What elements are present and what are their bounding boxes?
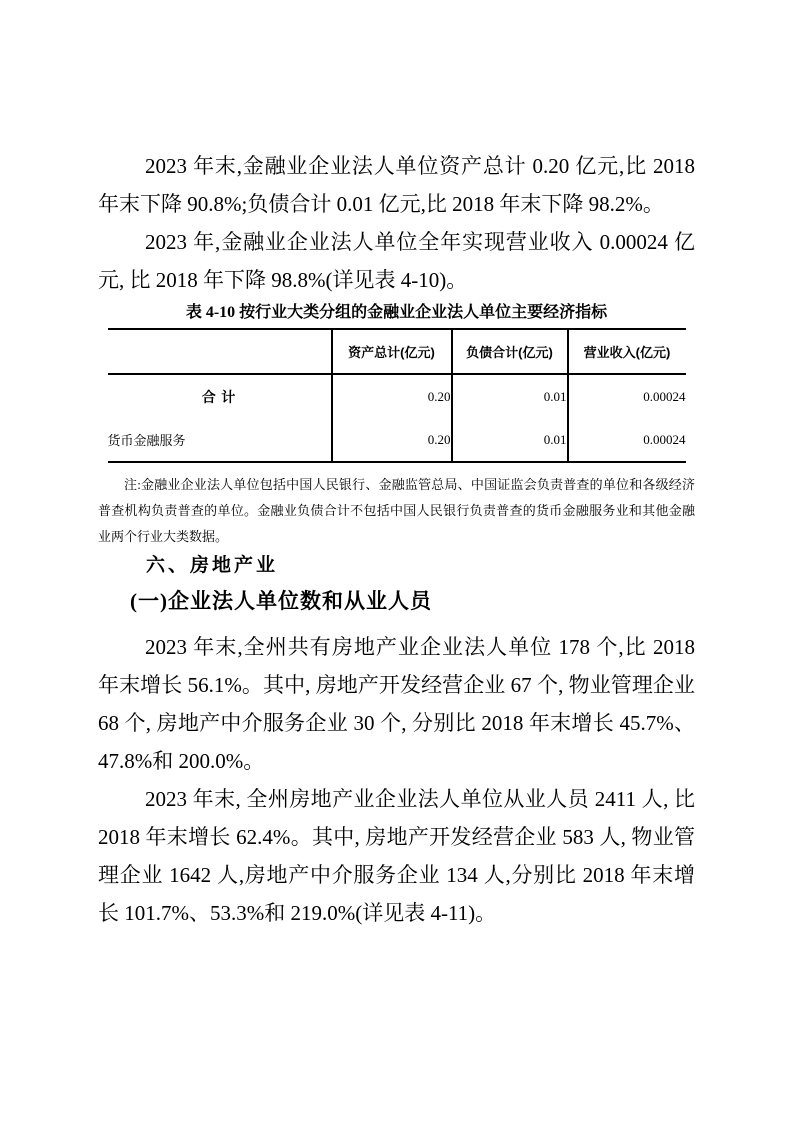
page-content: 2023 年末,金融业企业法人单位资产总计 0.20 亿元,比 2018 年末下… (98, 147, 695, 932)
table-header-row: 资产总计(亿元) 负债合计(亿元) 营业收入(亿元) (108, 329, 686, 374)
table-header-blank (108, 329, 332, 374)
table-row-monetary-finance: 货币金融服务 0.20 0.01 0.00024 (108, 418, 686, 462)
subsection-heading-units-and-employees: (一)企业法人单位数和从业人员 (130, 586, 695, 616)
table-4-10: 资产总计(亿元) 负债合计(亿元) 营业收入(亿元) 合 计 0.20 0.01… (108, 328, 686, 463)
cell-monetary-revenue: 0.00024 (568, 418, 686, 462)
table-header-assets: 资产总计(亿元) (332, 329, 452, 374)
row-label-monetary-finance: 货币金融服务 (108, 418, 332, 462)
paragraph-realestate-employees: 2023 年末, 全州房地产业企业法人单位从业人员 2411 人, 比 2018… (98, 780, 695, 932)
table-4-10-title: 表 4-10 按行业大类分组的金融业企业法人单位主要经济指标 (98, 303, 695, 323)
cell-monetary-assets: 0.20 (332, 418, 452, 462)
row-label-total: 合 计 (108, 374, 332, 418)
cell-total-liabilities: 0.01 (452, 374, 568, 418)
table-header-revenue: 营业收入(亿元) (568, 329, 686, 374)
table-note: 注:金融业企业法人单位包括中国人民银行、金融监管总局、中国证监会负责普查的单位和… (98, 472, 695, 550)
paragraph-finance-assets-liabilities: 2023 年末,金融业企业法人单位资产总计 0.20 亿元,比 2018 年末下… (98, 147, 695, 223)
cell-monetary-liabilities: 0.01 (452, 418, 568, 462)
table-row-total: 合 计 0.20 0.01 0.00024 (108, 374, 686, 418)
section-heading-real-estate: 六、房地产业 (146, 553, 695, 579)
cell-total-assets: 0.20 (332, 374, 452, 418)
paragraph-realestate-units: 2023 年末,全州共有房地产业企业法人单位 178 个,比 2018 年末增长… (98, 628, 695, 780)
document-page: 2023 年末,金融业企业法人单位资产总计 0.20 亿元,比 2018 年末下… (0, 0, 793, 1122)
cell-total-revenue: 0.00024 (568, 374, 686, 418)
table-header-liabilities: 负债合计(亿元) (452, 329, 568, 374)
paragraph-finance-revenue: 2023 年,金融业企业法人单位全年实现营业收入 0.00024 亿元, 比 2… (98, 223, 695, 299)
